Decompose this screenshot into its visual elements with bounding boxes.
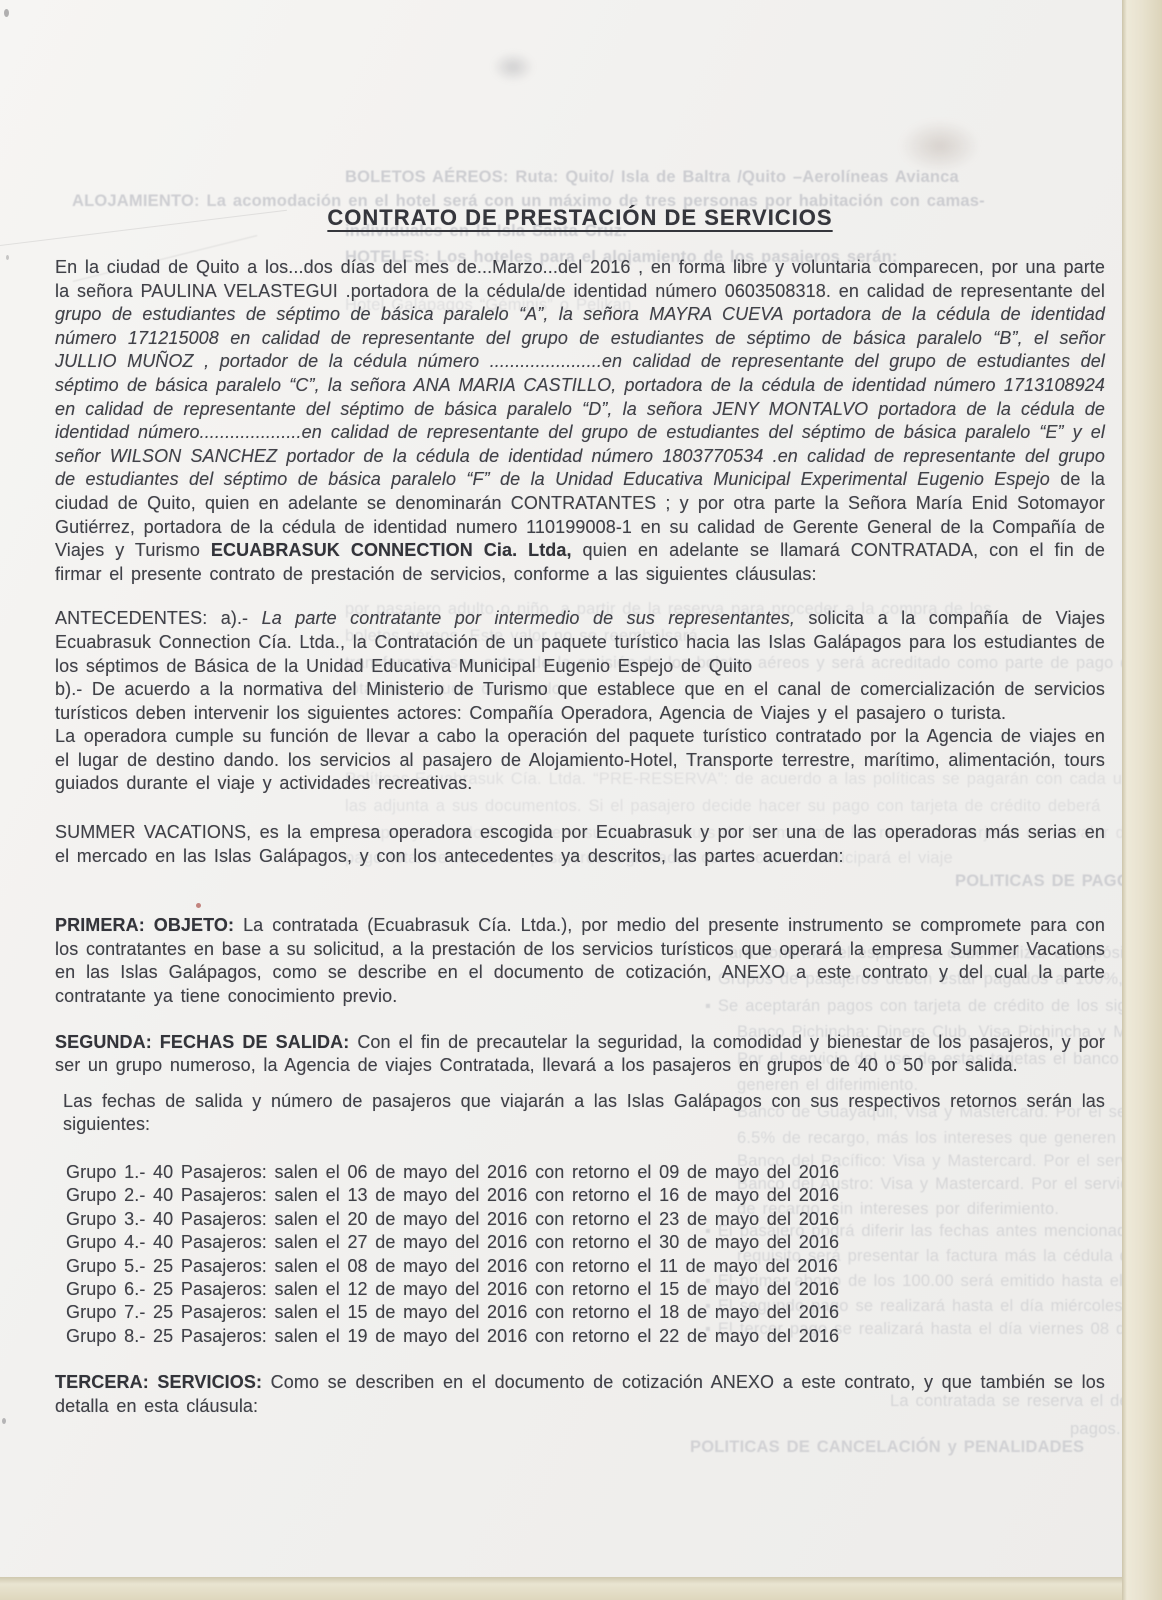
document-body: En la ciudad de Quito a los...dos días d… (55, 256, 1105, 1418)
text-run: Las fechas de salida y número de pasajer… (63, 1091, 1105, 1135)
ink-speck (4, 9, 9, 17)
departure-line-2: Grupo 2.- 40 Pasajeros: salen el 13 de m… (66, 1184, 1105, 1207)
smudge-mark (900, 120, 980, 172)
scanned-contract-page: BOLETOS AÉREOS: Ruta: Quito/ Isla de Bal… (0, 0, 1162, 1600)
departure-line-8: Grupo 8.- 25 Pasajeros: salen el 19 de m… (66, 1325, 1105, 1348)
smudge-mark (492, 52, 534, 82)
bleed-through-line: POLITICAS DE CANCELACIÓN y PENALIDADES (690, 1438, 1084, 1457)
paragraph-fechas: Las fechas de salida y número de pasajer… (55, 1090, 1105, 1137)
departures-list: Grupo 1.- 40 Pasajeros: salen el 06 de m… (55, 1161, 1105, 1348)
bleed-through-line: BOLETOS AÉREOS: Ruta: Quito/ Isla de Bal… (345, 168, 959, 187)
paragraph-tercera: TERCERA: SERVICIOS: Como se describen en… (55, 1371, 1105, 1418)
text-run: La parte contratante por intermedio de s… (262, 608, 795, 628)
paragraph-apertura: En la ciudad de Quito a los...dos días d… (55, 256, 1105, 586)
text-run: grupo de estudiantes de séptimo de básic… (55, 304, 1105, 489)
departure-line-4: Grupo 4.- 40 Pasajeros: salen el 27 de m… (66, 1231, 1105, 1254)
text-run: PRIMERA: OBJETO: (55, 915, 243, 935)
departure-line-1: Grupo 1.- 40 Pasajeros: salen el 06 de m… (66, 1161, 1105, 1184)
departure-line-7: Grupo 7.- 25 Pasajeros: salen el 15 de m… (66, 1301, 1105, 1324)
text-run: SUMMER VACATIONS, es la empresa operador… (55, 822, 1105, 866)
paragraph-summer: SUMMER VACATIONS, es la empresa operador… (55, 821, 1105, 868)
departure-line-6: Grupo 6.- 25 Pasajeros: salen el 12 de m… (66, 1278, 1105, 1301)
bleed-through-line: pagos. (1070, 1420, 1121, 1439)
text-run: La operadora cumple su función de llevar… (55, 726, 1105, 793)
text-run: SEGUNDA: FECHAS DE SALIDA: (55, 1032, 357, 1052)
paragraph-antecedentes: ANTECEDENTES: a).- La parte contratante … (55, 607, 1105, 796)
text-run: En la ciudad de Quito a los...dos días d… (55, 257, 1105, 301)
departure-line-5: Grupo 5.- 25 Pasajeros: salen el 08 de m… (66, 1255, 1105, 1278)
scanner-edge-bottom (0, 1577, 1122, 1600)
scanner-edge-right (1122, 0, 1162, 1600)
document-title: CONTRATO DE PRESTACIÓN DE SERVICIOS (55, 205, 1105, 231)
text-run: ECUABRASUK CONNECTION Cia. Ltda, (211, 540, 572, 560)
ink-speck (2, 1418, 6, 1424)
text-run: b).- De acuerdo a la normativa del Minis… (55, 679, 1105, 723)
ink-speck (6, 255, 9, 260)
paragraph-segunda: SEGUNDA: FECHAS DE SALIDA: Con el fin de… (55, 1031, 1105, 1078)
text-run: TERCERA: SERVICIOS: (55, 1372, 271, 1392)
departure-line-3: Grupo 3.- 40 Pasajeros: salen el 20 de m… (66, 1208, 1105, 1231)
text-run: ANTECEDENTES: a).- (55, 608, 262, 628)
paragraph-primera: PRIMERA: OBJETO: La contratada (Ecuabras… (55, 914, 1105, 1008)
